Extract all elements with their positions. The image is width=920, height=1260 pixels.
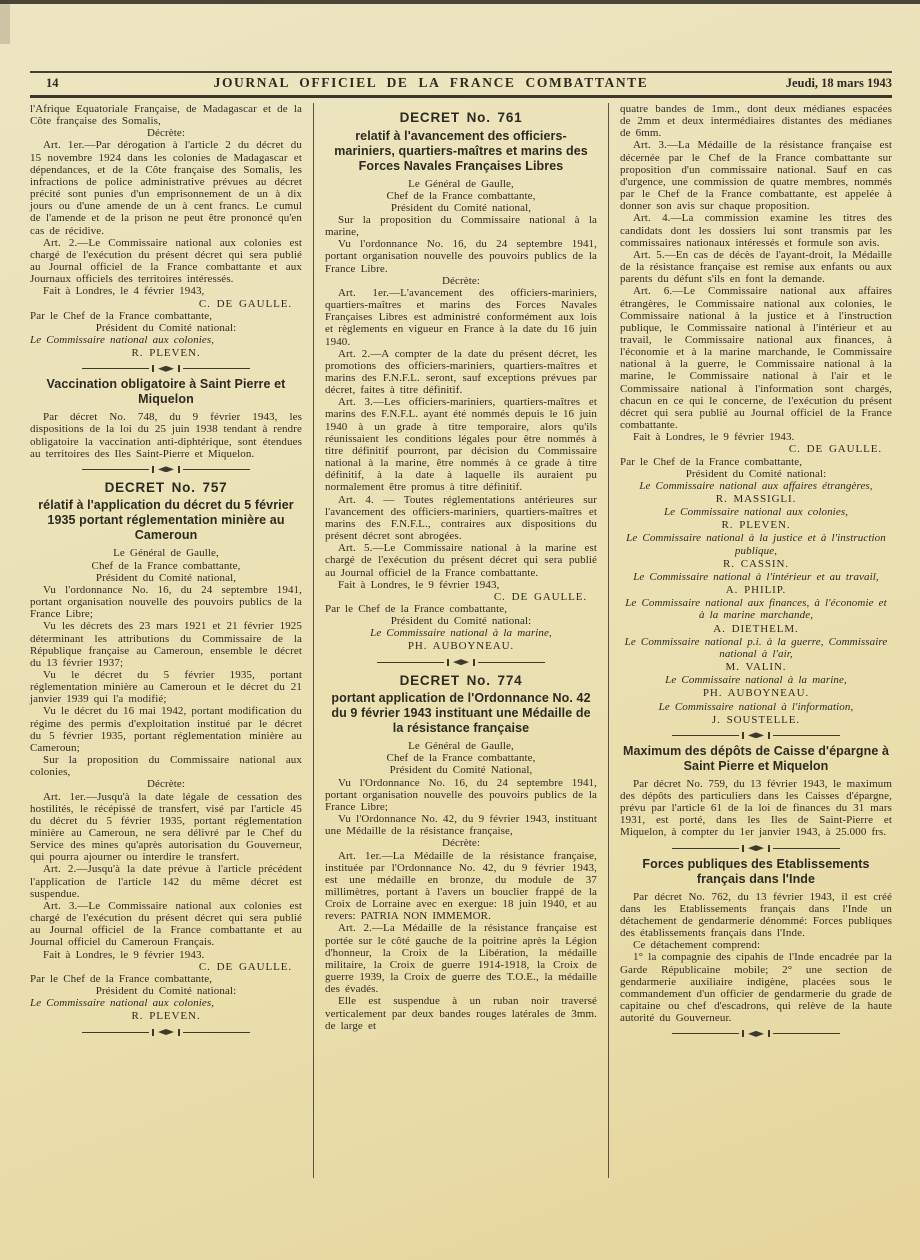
- page-top-edge: [0, 0, 920, 4]
- centered-line: Le Général de Gaulle,: [30, 547, 302, 559]
- centered-line: Chef de la France combattante,: [30, 560, 302, 572]
- signatory-name: R. PLEVEN.: [620, 519, 892, 531]
- divider-line: [183, 469, 250, 470]
- centered-line: Chef de la France combattante,: [325, 190, 597, 202]
- signature: C. DE GAULLE.: [620, 443, 892, 455]
- header-rule-top: [30, 71, 892, 73]
- column-rule-right: [608, 103, 609, 1178]
- centered-line: Décrète:: [325, 837, 597, 849]
- paragraph: Fait à Londres, le 9 février 1943.: [30, 949, 302, 961]
- decree-subtitle: Maximum des dépôts de Caisse d'épargne à…: [622, 744, 890, 774]
- decree-subtitle: Vaccination obligatoire à Saint Pierre e…: [32, 377, 300, 407]
- issue-date: Jeudi, 18 mars 1943: [712, 76, 892, 91]
- centered-line: Le Général de Gaulle,: [325, 740, 597, 752]
- signatory-title: Le Commissaire national aux colonies,: [30, 334, 302, 346]
- signatory-title: Le Commissaire national p.i. à la guerre…: [620, 636, 892, 660]
- decree-subtitle: Forces publiques des Etablissements fran…: [622, 857, 890, 887]
- divider-diamond-ornament: [748, 1031, 764, 1037]
- paragraph: Art. 6.—Le Commissaire national aux affa…: [620, 285, 892, 431]
- journal-page: 14 JOURNAL OFFICIEL DE LA FRANCE COMBATT…: [0, 0, 920, 1260]
- column-rule-left: [313, 103, 314, 1178]
- paragraph: Art. 2.—La Médaille de la résistance fra…: [325, 922, 597, 995]
- paragraph: Vu l'Ordonnance No. 42, du 9 février 194…: [325, 813, 597, 837]
- attribution-line: Par le Chef de la France combattante,: [620, 456, 892, 468]
- section-divider: [672, 845, 841, 852]
- page-header: 14 JOURNAL OFFICIEL DE LA FRANCE COMBATT…: [30, 75, 892, 91]
- centered-line: Président du Comité national:: [620, 468, 892, 480]
- paragraph: Sur la proposition du Commissaire nation…: [325, 214, 597, 238]
- divider-line: [768, 845, 770, 852]
- paragraph: Par décret No. 748, du 9 février 1943, l…: [30, 411, 302, 460]
- centered-line: Président du Comité national,: [30, 572, 302, 584]
- signatory-title: Le Commissaire national à la justice et …: [620, 532, 892, 556]
- centered-line: Décrète:: [325, 275, 597, 287]
- attribution-line: Par le Chef de la France combattante,: [30, 973, 302, 985]
- signatory-name: A. DIETHELM.: [620, 623, 892, 635]
- divider-line: [672, 735, 739, 736]
- paragraph: Fait à Londres, le 9 février 1943,: [325, 579, 597, 591]
- paragraph: Ce détachement comprend:: [620, 939, 892, 951]
- section-divider: [672, 732, 841, 739]
- divider-diamond-ornament: [158, 366, 174, 372]
- paragraph: Art. 2.—Le Commissaire national aux colo…: [30, 237, 302, 286]
- paragraph: Sur la proposition du Commissaire nation…: [30, 754, 302, 778]
- paragraph: Vu l'ordonnance No. 16, du 24 septembre …: [30, 584, 302, 620]
- divider-line: [152, 1029, 154, 1036]
- divider-diamond-ornament: [158, 466, 174, 472]
- divider-line: [82, 469, 149, 470]
- divider-diamond-ornament: [453, 659, 469, 665]
- divider-line: [773, 735, 840, 736]
- divider-line: [447, 659, 449, 666]
- signatory-name: A. PHILIP.: [620, 584, 892, 596]
- divider-line: [672, 1033, 739, 1034]
- divider-line: [82, 1032, 149, 1033]
- section-divider: [82, 365, 251, 372]
- page-number: 14: [30, 76, 150, 91]
- centered-line: Décrète:: [30, 127, 302, 139]
- column-right: quatre bandes de 1mm., dont deux médiane…: [620, 103, 892, 1178]
- centered-line: Chef de la France combattante,: [325, 752, 597, 764]
- signatory-title: Le Commissaire national aux colonies,: [620, 506, 892, 518]
- divider-line: [183, 1032, 250, 1033]
- signatory-name: J. SOUSTELLE.: [620, 714, 892, 726]
- paragraph: Art. 4.—La commission examine les titres…: [620, 212, 892, 248]
- divider-diamond-ornament: [748, 845, 764, 851]
- paragraph-continued: quatre bandes de 1mm., dont deux médiane…: [620, 103, 892, 139]
- divider-line: [768, 1030, 770, 1037]
- divider-line: [742, 732, 744, 739]
- signatory-name: M. VALIN.: [620, 661, 892, 673]
- signatory-title: Le Commissaire national à l'intérieur et…: [620, 571, 892, 583]
- centered-line: Président du Comité national,: [325, 202, 597, 214]
- signatory-name: R. PLEVEN.: [30, 347, 302, 359]
- divider-line: [183, 368, 250, 369]
- signatory-name: R. CASSIN.: [620, 558, 892, 570]
- article-columns: l'Afrique Equatoriale Française, de Mada…: [30, 103, 892, 1178]
- paragraph: Elle est suspendue à un ruban noir trave…: [325, 995, 597, 1031]
- centered-line: Décrète:: [30, 778, 302, 790]
- divider-line: [473, 659, 475, 666]
- paragraph: Art. 3.—La Médaille de la résistance fra…: [620, 139, 892, 212]
- paragraph: Par décret No. 759, du 13 février 1943, …: [620, 778, 892, 839]
- divider-line: [152, 365, 154, 372]
- paragraph: Par décret No. 762, du 13 février 1943, …: [620, 891, 892, 940]
- divider-line: [742, 1030, 744, 1037]
- paragraph: Art. 1er.—L'avancement des officiers-mar…: [325, 287, 597, 348]
- paragraph: Art. 2.—Jusqu'à la date prévue à l'artic…: [30, 863, 302, 899]
- attribution-line: Par le Chef de la France combattante,: [30, 310, 302, 322]
- paragraph: Art. 3.—Le Commissaire national aux colo…: [30, 900, 302, 949]
- attribution-line: Par le Chef de la France combattante,: [325, 603, 597, 615]
- paragraph: Vu le décret du 16 mai 1942, portant mod…: [30, 705, 302, 754]
- paragraph: Vu les décrets des 23 mars 1921 et 21 fé…: [30, 620, 302, 669]
- paragraph: Art. 1er.—Par dérogation à l'article 2 d…: [30, 139, 302, 236]
- paragraph: Art. 3.—Les officiers-mariniers, quartie…: [325, 396, 597, 493]
- signatory-name: PH. AUBOYNEAU.: [620, 687, 892, 699]
- signatory-name: PH. AUBOYNEAU.: [325, 640, 597, 652]
- divider-line: [178, 365, 180, 372]
- signatory-title: Le Commissaire national à la marine,: [620, 674, 892, 686]
- decree-number-heading: DECRET No. 757: [36, 480, 296, 496]
- section-divider: [377, 659, 546, 666]
- scan-smudge: [0, 4, 10, 44]
- divider-line: [152, 466, 154, 473]
- divider-line: [478, 662, 545, 663]
- signature: C. DE GAULLE.: [30, 961, 302, 973]
- decree-subtitle: relatif à l'avancement des officiers-mar…: [327, 129, 595, 174]
- paragraph: Vu l'ordonnance No. 16, du 24 septembre …: [325, 238, 597, 274]
- paragraph: Fait à Londres, le 4 février 1943,: [30, 285, 302, 297]
- divider-diamond-ornament: [748, 732, 764, 738]
- paragraph: Fait à Londres, le 9 février 1943.: [620, 431, 892, 443]
- centered-line: Le Général de Gaulle,: [325, 178, 597, 190]
- paragraph: Vu le décret du 5 février 1935, portant …: [30, 669, 302, 705]
- divider-line: [178, 466, 180, 473]
- divider-line: [377, 662, 444, 663]
- paragraph: Art. 5.—En cas de décès de l'ayant-droit…: [620, 249, 892, 285]
- signatory-name: R. PLEVEN.: [30, 1010, 302, 1022]
- centered-line: Président du Comité national:: [325, 615, 597, 627]
- section-divider: [82, 466, 251, 473]
- signatory-title: Le Commissaire national à la marine,: [325, 627, 597, 639]
- signatory-name: R. MASSIGLI.: [620, 493, 892, 505]
- paragraph: Art. 5.—Le Commissaire national à la mar…: [325, 542, 597, 578]
- header-rule-bottom: [30, 95, 892, 98]
- signatory-title: Le Commissaire national aux affaires étr…: [620, 480, 892, 492]
- divider-line: [672, 848, 739, 849]
- decree-number-heading: DECRET No. 774: [331, 673, 591, 689]
- paragraph: Art. 1er.—Jusqu'à la date légale de cess…: [30, 791, 302, 864]
- divider-diamond-ornament: [158, 1029, 174, 1035]
- signatory-title: Le Commissaire national à l'information,: [620, 701, 892, 713]
- decree-subtitle: rélatif à l'application du décret du 5 f…: [32, 498, 300, 543]
- paragraph: Art. 2.—A compter de la date du présent …: [325, 348, 597, 397]
- centered-line: Président du Comité National,: [325, 764, 597, 776]
- section-divider: [672, 1030, 841, 1037]
- divider-line: [742, 845, 744, 852]
- divider-line: [178, 1029, 180, 1036]
- paragraph: Art. 1er.—La Médaille de la résistance f…: [325, 850, 597, 923]
- signature: C. DE GAULLE.: [325, 591, 597, 603]
- paragraph: 1° la compagnie des cipahis de l'Inde en…: [620, 951, 892, 1024]
- column-center: DECRET No. 761relatif à l'avancement des…: [325, 103, 597, 1178]
- paragraph: Art. 4. — Toutes réglementations antérie…: [325, 494, 597, 543]
- section-divider: [82, 1029, 251, 1036]
- column-left: l'Afrique Equatoriale Française, de Mada…: [30, 103, 302, 1178]
- signatory-title: Le Commissaire national aux colonies,: [30, 997, 302, 1009]
- divider-line: [768, 732, 770, 739]
- divider-line: [773, 1033, 840, 1034]
- signatory-title: Le Commissaire national aux finances, à …: [620, 597, 892, 621]
- paragraph: Vu l'Ordonnance No. 16, du 24 septembre …: [325, 777, 597, 813]
- paragraph-continued: l'Afrique Equatoriale Française, de Mada…: [30, 103, 302, 127]
- masthead-title: JOURNAL OFFICIEL DE LA FRANCE COMBATTANT…: [150, 75, 712, 91]
- centered-line: Président du Comité national:: [30, 322, 302, 334]
- decree-number-heading: DECRET No. 761: [331, 110, 591, 126]
- signature: C. DE GAULLE.: [30, 298, 302, 310]
- divider-line: [82, 368, 149, 369]
- centered-line: Président du Comité national:: [30, 985, 302, 997]
- divider-line: [773, 848, 840, 849]
- decree-subtitle: portant application de l'Ordonnance No. …: [327, 691, 595, 736]
